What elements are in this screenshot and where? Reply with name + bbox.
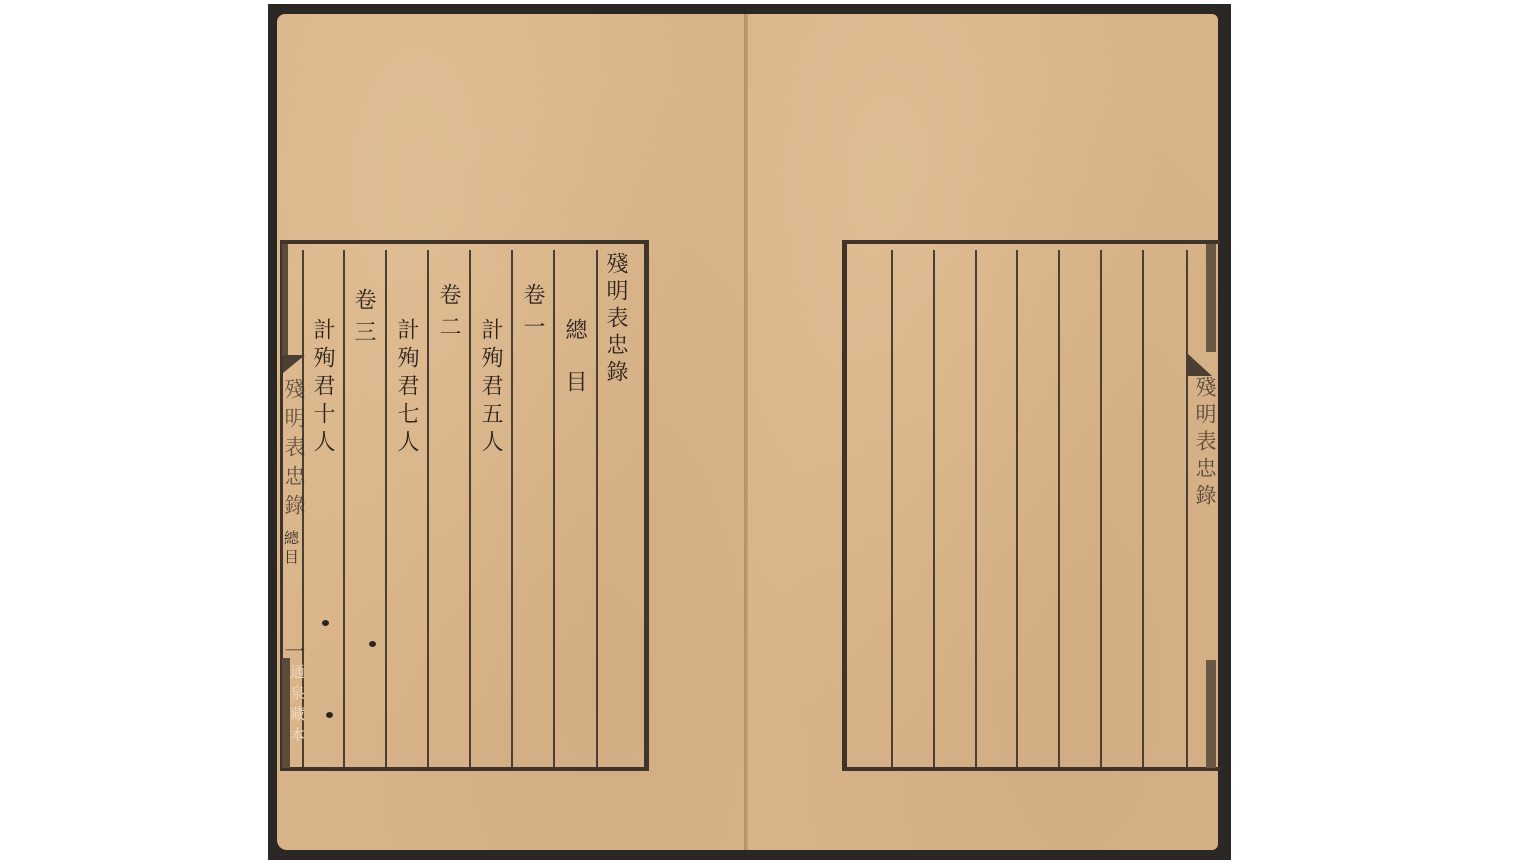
column-rule [511, 250, 513, 767]
column-rule [891, 250, 893, 767]
column-rule [1058, 250, 1060, 767]
right-fishtail-mark [1188, 354, 1212, 376]
volume-3-summary: 計殉君十人 [311, 318, 333, 458]
left-page-border-frame [280, 240, 649, 771]
punctuation-dot [326, 712, 333, 718]
column-rule [1186, 250, 1188, 767]
column-rule [975, 250, 977, 767]
volume-3-heading: 卷三 [352, 288, 374, 352]
punctuation-dot [369, 641, 376, 647]
column-rule [553, 250, 555, 767]
right-margin-black-band-bottom [1206, 660, 1216, 768]
column-rule [596, 250, 598, 767]
left-margin-black-band-top [282, 244, 288, 356]
section-heading-zongmu: 總目 [563, 318, 585, 422]
book-title: 殘明表忠錄 [604, 252, 626, 387]
margin-collection-mark: 通泉藏本 [289, 664, 304, 748]
right-margin-black-band-top [1206, 244, 1216, 352]
column-rule [469, 250, 471, 767]
margin-section: 總目 [283, 530, 298, 568]
volume-1-summary: 計殉君五人 [479, 318, 501, 458]
punctuation-dot [322, 620, 329, 626]
right-margin-book-title: 殘明表忠錄 [1194, 376, 1215, 511]
volume-2-summary: 計殉君七人 [395, 318, 417, 458]
volume-2-heading: 卷二 [437, 283, 459, 347]
margin-book-title: 殘明表忠錄 [283, 378, 304, 523]
margin-page-number: 一 [283, 640, 304, 663]
column-rule [1142, 250, 1144, 767]
column-rule [933, 250, 935, 767]
column-rule [343, 250, 345, 767]
column-rule [1016, 250, 1018, 767]
volume-1-heading: 卷一 [521, 283, 543, 347]
column-rule [385, 250, 387, 767]
column-rule [427, 250, 429, 767]
column-rule [1100, 250, 1102, 767]
right-page-border-frame [842, 240, 1220, 771]
